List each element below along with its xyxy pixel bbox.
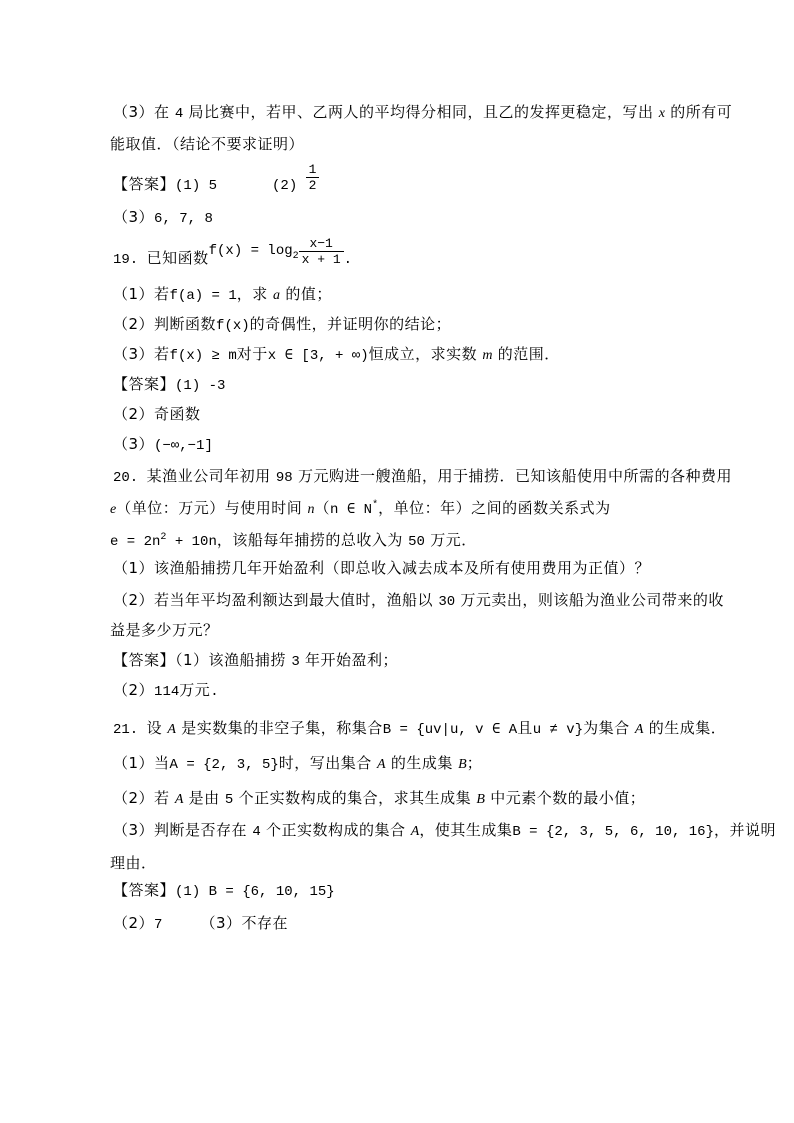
cn-text: 【答案】 (113, 881, 175, 899)
document-line-7: （2）判断函数f(x)的奇偶性，并证明你的结论； (113, 309, 451, 341)
math-text: B = {uv|u, v ∈ A (383, 722, 517, 738)
math-text: . (210, 684, 218, 700)
document-line-16: （2）若当年平均盈利额达到最大值时，渔船以 30 万元卖出，则该船为渔业公司带来… (113, 585, 724, 617)
document-line-22: （2）若 A 是由 5 个正实数构成的集合，求其生成集 B 中元素个数的最小值； (113, 783, 645, 815)
document-line-3: 【答案】(1) 5(2) 12 (113, 162, 319, 201)
cn-text: （2）判断函数 (113, 315, 216, 333)
document-page: （3）在 4 局比赛中，若甲、乙两人的平均得分相同，且乙的发挥更稳定，写出 x … (0, 0, 794, 1123)
fraction-denominator: x + 1 (299, 252, 344, 267)
cn-text: 的奇偶性，并证明你的结论； (250, 315, 452, 333)
cn-text: （3）在 (113, 103, 175, 121)
document-line-21: （1）当A = {2, 3, 5}时，写出集合 A 的生成集 B； (113, 748, 482, 780)
cn-text: （2）奇函数 (113, 405, 201, 423)
math-text: (1) -3 (175, 378, 225, 394)
cn-text: 万元购进一艘渔船，用于捕捞．已知该船使用中所需的各种费用 (293, 467, 732, 485)
math-text: 7 (154, 917, 162, 933)
math-text: . (344, 252, 352, 268)
document-line-11: （3）(−∞,−1] (113, 429, 213, 461)
cn-text: 个正实数构成的集合，求其生成集 (233, 789, 476, 807)
math-text: 4 (175, 106, 183, 122)
cn-text: 恒成立，求实数 (369, 345, 483, 363)
cn-text: 的生成集 (386, 754, 459, 772)
math-text: 6, 7, 8 (154, 211, 213, 227)
document-line-25: 【答案】(1) B = {6, 10, 15} (113, 875, 335, 907)
math-text: (−∞,−1] (154, 438, 213, 454)
cn-text: 的所有可 (665, 103, 732, 121)
document-line-9: 【答案】(1) -3 (113, 369, 225, 401)
cn-text: ，单位：年）之间的函数关系式为 (378, 499, 611, 517)
cn-text: （1）当 (113, 754, 170, 772)
variable: B (458, 757, 467, 772)
cn-text: 的生成集． (643, 719, 726, 737)
fraction: 12 (306, 162, 320, 193)
variable: A (377, 757, 386, 772)
variable: a (273, 288, 280, 303)
document-line-19: （2）114万元. (113, 675, 219, 707)
cn-text: 时，写出集合 (279, 754, 377, 772)
document-line-13: e（单位：万元）与使用时间 n（n ∈ N*，单位：年）之间的函数关系式为 (110, 491, 611, 525)
cn-text: 为集合 (583, 719, 635, 737)
document-line-20: 21. 设 A 是实数集的非空子集，称集合B = {uv|u, v ∈ A且u … (113, 713, 726, 745)
cn-text: 【答案】 (113, 175, 175, 193)
cn-text: 中元素个数的最小值； (485, 789, 645, 807)
variable: B (476, 792, 485, 807)
cn-text: （单位：万元）与使用时间 (116, 499, 307, 517)
fraction: x−1x + 1 (299, 236, 344, 267)
cn-text: （1）若 (113, 285, 170, 303)
document-line-14: e = 2n2 + 10n，该船每年捕捞的总收入为 50 万元． (110, 523, 477, 557)
cn-text: （2） (113, 914, 154, 932)
math-text: n ∈ N (330, 502, 372, 518)
cn-text: 【答案】（1）该渔船捕捞 (113, 651, 291, 669)
cn-text: （3） (113, 208, 154, 226)
cn-text: 且 (517, 719, 533, 737)
cn-text: （ (315, 499, 331, 517)
math-text: 20. (113, 470, 147, 486)
math-text: f(x) (216, 318, 250, 334)
math-text: f(a) = 1 (170, 288, 237, 304)
cn-text: 是实数集的非空子集，称集合 (176, 719, 383, 737)
cn-text: 的值； (280, 285, 332, 303)
cn-text: ，并说明 (714, 821, 776, 839)
math-text: 4 (252, 824, 260, 840)
math-text: 50 (408, 534, 425, 550)
cn-text: （2） (113, 681, 154, 699)
math-text: A = {2, 3, 5} (170, 757, 279, 773)
document-line-23: （3）判断是否存在 4 个正实数构成的集合 A，使其生成集B = {2, 3, … (113, 815, 776, 847)
cn-text: 已知函数 (147, 249, 209, 267)
cn-text: （2）若当年平均盈利额达到最大值时，渔船以 (113, 591, 438, 609)
raised-formula: f(x) = log2 (209, 240, 299, 258)
fraction-denominator: 2 (306, 178, 320, 193)
cn-text: 万元． (425, 531, 477, 549)
fraction-numerator: 1 (306, 162, 320, 178)
document-line-8: （3）若f(x) ≥ m对于x ∈ [3, + ∞)恒成立，求实数 m 的范围． (113, 339, 560, 371)
cn-text: 设 (147, 719, 168, 737)
math-text: x ∈ [3, + ∞) (268, 348, 369, 364)
cn-text: 【答案】 (113, 375, 175, 393)
math-text: 3 (291, 654, 299, 670)
math-text: u ≠ v} (533, 722, 583, 738)
cn-text: 是由 (183, 789, 225, 807)
document-line-10: （2）奇函数 (113, 399, 201, 429)
document-line-24: 理由． (110, 848, 157, 878)
cn-text: ，该船每年捕捞的总收入为 (217, 531, 408, 549)
cn-text: 个正实数构成的集合 (261, 821, 411, 839)
document-line-1: （3）在 4 局比赛中，若甲、乙两人的平均得分相同，且乙的发挥更稳定，写出 x … (113, 97, 732, 129)
document-line-26: （2）7（3）不存在 (113, 908, 288, 940)
cn-text: 局比赛中，若甲、乙两人的平均得分相同，且乙的发挥更稳定，写出 (183, 103, 659, 121)
math-text: (1) B = {6, 10, 15} (175, 884, 335, 900)
math-text: e = 2n (110, 534, 160, 550)
cn-text: 万元卖出，则该船为渔业公司带来的收 (455, 591, 724, 609)
math-text: 30 (438, 594, 455, 610)
math-text: (2) (272, 178, 306, 194)
cn-text: 的范围． (493, 345, 560, 363)
variable: n (308, 502, 315, 517)
document-line-6: （1）若f(a) = 1，求 a 的值； (113, 279, 332, 311)
cn-text: （3） (113, 435, 154, 453)
document-line-15: （1）该渔船捕捞几年开始盈利（即总收入减去成本及所有使用费用为正值）？ (113, 553, 650, 583)
math-text: B = {2, 3, 5, 6, 10, 16} (512, 824, 714, 840)
math-text: (1) 5 (175, 178, 217, 194)
math-text: 19. (113, 252, 147, 268)
cn-text: ，求 (237, 285, 273, 303)
cn-text: （1）该渔船捕捞几年开始盈利（即总收入减去成本及所有使用费用为正值）？ (113, 559, 650, 577)
subscript: 2 (293, 251, 299, 262)
math-text: 21. (113, 722, 147, 738)
cn-text: 万元 (179, 681, 210, 699)
cn-text: 益是多少万元？ (110, 621, 219, 639)
cn-text: 能取值．（结论不要求证明） (110, 135, 304, 153)
fraction-numerator: x−1 (299, 236, 344, 252)
document-line-4: （3）6, 7, 8 (113, 202, 213, 234)
cn-text: 对于 (237, 345, 268, 363)
cn-text: （3）判断是否存在 (113, 821, 252, 839)
math-text: 114 (154, 684, 179, 700)
cn-text: （3）若 (113, 345, 170, 363)
cn-text: （3）不存在 (200, 914, 288, 932)
cn-text: 年开始盈利； (300, 651, 398, 669)
math-text: 98 (276, 470, 293, 486)
document-line-12: 20. 某渔业公司年初用 98 万元购进一艘渔船，用于捕捞．已知该船使用中所需的… (113, 461, 732, 493)
math-text: + 10n (166, 534, 216, 550)
cn-text: ； (467, 754, 483, 772)
cn-text: 某渔业公司年初用 (147, 467, 276, 485)
cn-text: （2）若 (113, 789, 175, 807)
math-text: f(x) = log (209, 243, 293, 259)
variable: m (482, 348, 492, 363)
document-line-17: 益是多少万元？ (110, 615, 219, 645)
document-line-5: 19. 已知函数f(x) = log2x−1x + 1. (113, 236, 352, 281)
math-text: f(x) ≥ m (170, 348, 237, 364)
document-line-18: 【答案】（1）该渔船捕捞 3 年开始盈利； (113, 645, 398, 677)
cn-text: ，使其生成集 (419, 821, 512, 839)
variable: A (167, 722, 176, 737)
cn-text: 理由． (110, 854, 157, 872)
document-line-2: 能取值．（结论不要求证明） (110, 129, 304, 159)
